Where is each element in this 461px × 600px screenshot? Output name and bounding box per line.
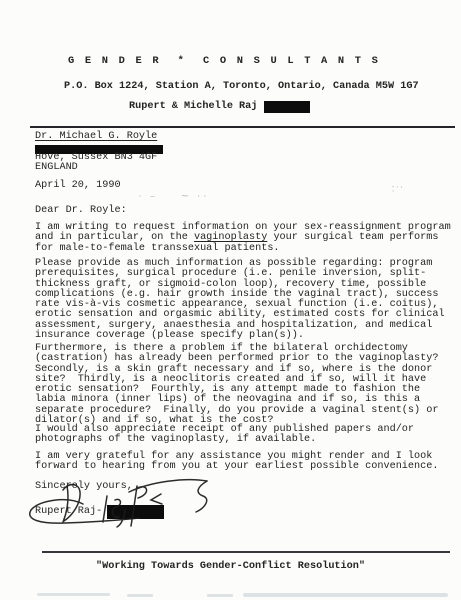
paragraph-4: I would also appreciate receipt of any p…	[35, 425, 459, 446]
letterhead-divider	[30, 126, 455, 128]
scan-streak	[37, 593, 110, 596]
letterhead-names-row: Rupert & Michelle Raj	[129, 101, 310, 113]
handwritten-signature	[25, 470, 220, 528]
letterhead-address: P.O. Box 1224, Station A, Toronto, Ontar…	[64, 82, 419, 92]
letter-date: April 20, 1990	[35, 181, 121, 191]
scan-smudge: · — ⁓ ··	[138, 192, 209, 201]
salutation: Dear Dr. Royle:	[35, 206, 127, 216]
letterhead-title: G E N D E R * C O N S U L T A N T S	[68, 56, 380, 66]
letterhead-names: Rupert & Michelle Raj	[129, 102, 257, 112]
footer-motto: "Working Towards Gender-Conflict Resolut…	[0, 562, 461, 572]
paragraph-3: Furthermore, is there a problem if the b…	[35, 344, 459, 426]
paragraph-1: I am writing to request information on y…	[35, 223, 453, 254]
scanned-letter-page: G E N D E R * C O N S U L T A N T S P.O.…	[0, 0, 461, 600]
scan-streak	[207, 594, 233, 597]
recipient-name: Dr. Michael G. Royle	[35, 132, 157, 142]
scan-streak	[127, 594, 153, 597]
paragraph-2: Please provide as much information as po…	[35, 259, 459, 341]
scan-streak	[243, 593, 448, 597]
footer-divider	[42, 551, 450, 553]
scan-edge-mark: -·· ·	[391, 186, 404, 194]
recipient-country: ENGLAND	[35, 163, 78, 173]
redaction-bar	[264, 101, 310, 113]
